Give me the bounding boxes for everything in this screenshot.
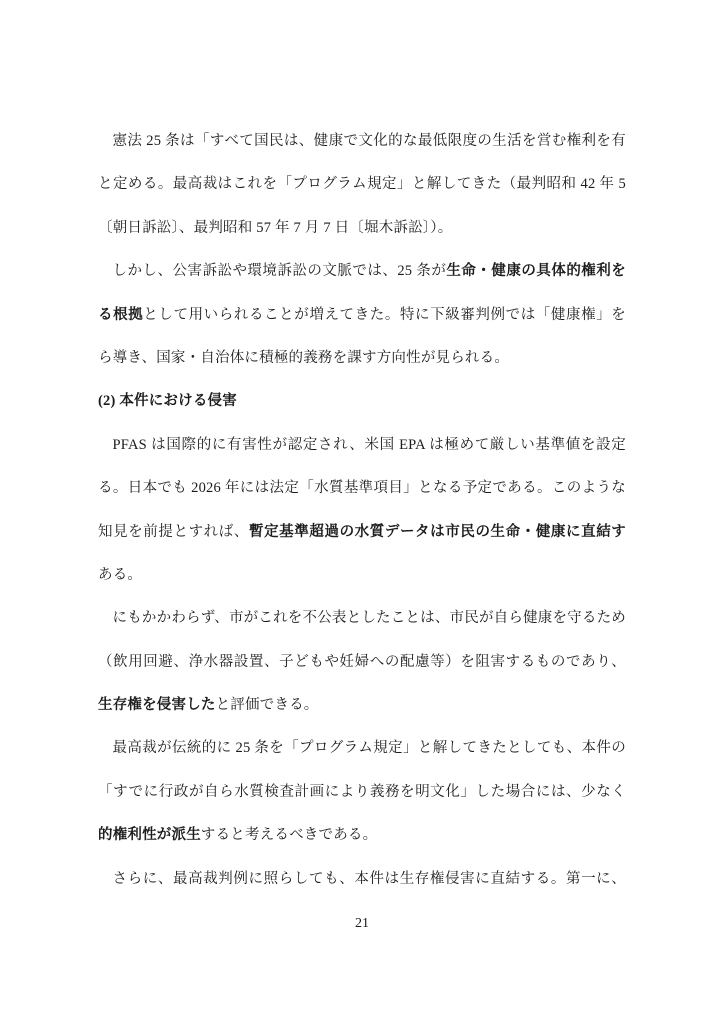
- text-line: 最高裁が伝統的に 25 条を「プログラム規定」と解してきたとしても、本件のように: [98, 727, 626, 770]
- text-line: ら導き、国家・自治体に積極的義務を課す方向性が見られる。: [98, 337, 626, 380]
- body-text: にもかかわらず、市がこれを不公表としたことは、市民が自ら健康を守るための行動: [98, 610, 626, 640]
- body-text: 「すでに行政が自ら水質検査計画により義務を明文化」した場合には、少なくとも: [98, 784, 626, 814]
- body-text: さらに、最高裁判例に照らしても、本件は生存権侵害に直結する。第一に、朝日訴訟: [98, 871, 626, 901]
- bold-text: 生存権を侵害した: [98, 697, 216, 713]
- body-text: として用いられることが増えてきた。特に下級審判例では「健康権」を 25 条か: [98, 307, 626, 337]
- document-page: 憲法 25 条は「すべて国民は、健康で文化的な最低限度の生活を営む権利を有する」…: [0, 0, 724, 1024]
- bold-text: る根拠: [98, 307, 143, 323]
- text-line: る根拠として用いられることが増えてきた。特に下級審判例では「健康権」を 25 条…: [98, 294, 626, 337]
- body-text: 知見を前提とすれば、: [98, 524, 249, 540]
- bold-text: (2) 本件における侵害: [98, 393, 237, 409]
- text-line: 知見を前提とすれば、暫定基準超過の水質データは市民の生命・健康に直結する情報で: [98, 511, 626, 554]
- text-line: ある。: [98, 554, 626, 597]
- text-line: さらに、最高裁判例に照らしても、本件は生存権侵害に直結する。第一に、朝日訴訟: [98, 858, 626, 901]
- body-text: すると考えるべきである。: [201, 827, 377, 843]
- body-text: 〔朝日訴訟〕、最判昭和 57 年 7 月 7 日〔堀木訴訟〕）。: [98, 220, 452, 236]
- text-line: 憲法 25 条は「すべて国民は、健康で文化的な最低限度の生活を営む権利を有する」: [98, 120, 626, 163]
- body-text: と評価できる。: [216, 697, 319, 713]
- text-line: にもかかわらず、市がこれを不公表としたことは、市民が自ら健康を守るための行動: [98, 597, 626, 640]
- body-text: と定める。最高裁はこれを「プログラム規定」と解してきた（最判昭和 42 年 5 …: [98, 176, 626, 206]
- section-heading: (2) 本件における侵害: [98, 380, 626, 423]
- body-text: 最高裁が伝統的に 25 条を「プログラム規定」と解してきたとしても、本件のように: [98, 740, 626, 770]
- text-line: る。日本でも 2026 年には法定「水質基準項目」となる予定である。このような科…: [98, 467, 626, 510]
- text-line: と定める。最高裁はこれを「プログラム規定」と解してきた（最判昭和 42 年 5 …: [98, 163, 626, 206]
- text-line: 生存権を侵害したと評価できる。: [98, 684, 626, 727]
- document-lines: 憲法 25 条は「すべて国民は、健康で文化的な最低限度の生活を営む権利を有する」…: [98, 120, 626, 901]
- body-text: る。日本でも 2026 年には法定「水質基準項目」となる予定である。このような科…: [98, 480, 626, 510]
- text-line: PFAS は国際的に有害性が認定され、米国 EPA は極めて厳しい基準値を設定し…: [98, 424, 626, 467]
- body-text: しかし、公害訴訟や環境訴訟の文脈では、25 条が: [113, 263, 447, 279]
- page-number: 21: [0, 914, 724, 934]
- text-line: 的権利性が派生すると考えるべきである。: [98, 814, 626, 857]
- body-text: PFAS は国際的に有害性が認定され、米国 EPA は極めて厳しい基準値を設定し…: [98, 437, 626, 467]
- text-line: 「すでに行政が自ら水質検査計画により義務を明文化」した場合には、少なくとも具体: [98, 771, 626, 814]
- body-text: ある。: [98, 567, 142, 583]
- text-line: 〔朝日訴訟〕、最判昭和 57 年 7 月 7 日〔堀木訴訟〕）。: [98, 207, 626, 250]
- text-line: （飲用回避、浄水器設置、子どもや妊婦への配慮等）を阻害するものであり、実質的に: [98, 641, 626, 684]
- text-line: しかし、公害訴訟や環境訴訟の文脈では、25 条が生命・健康の具体的権利を裏付け: [98, 250, 626, 293]
- body-text: 憲法 25 条は「すべて国民は、健康で文化的な最低限度の生活を営む権利を有する」: [98, 133, 626, 163]
- body-text: ら導き、国家・自治体に積極的義務を課す方向性が見られる。: [98, 350, 509, 366]
- bold-text: 的権利性が派生: [98, 827, 201, 843]
- body-text: （飲用回避、浄水器設置、子どもや妊婦への配慮等）を阻害するものであり、: [98, 654, 626, 670]
